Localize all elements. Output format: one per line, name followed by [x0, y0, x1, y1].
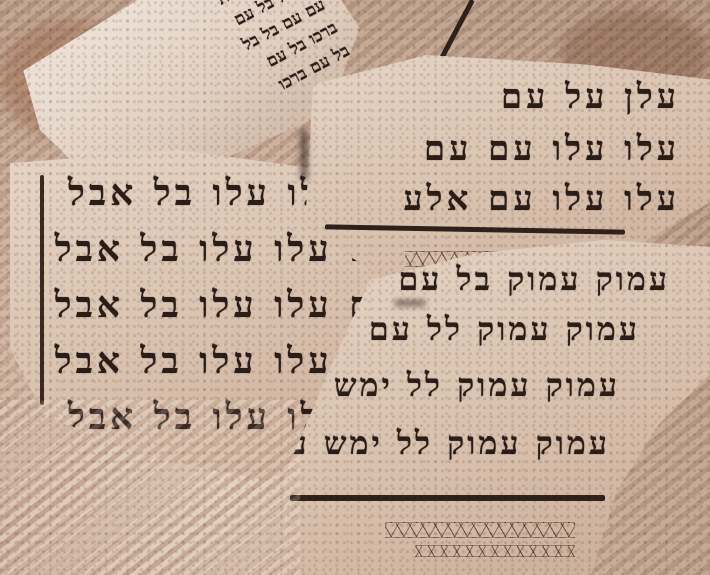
margin-line [40, 175, 44, 405]
script-row: עם עלו עלו בל אבל [55, 284, 400, 326]
script-row: עמוק עמוק לל ימש עלבע [285, 424, 610, 462]
script-row: עלו עלו עם אלע [403, 179, 680, 219]
rule-line [325, 224, 625, 234]
decorative-border [385, 522, 575, 538]
script-row: עמוק עמוק לל ימש [334, 366, 620, 404]
script-row: עלו עלו עם עם [424, 129, 680, 169]
manuscript-photo: ברכו ברכו את בל בל בל עם עם עם בל בל ברכ… [0, 0, 710, 575]
script-row: עלן על עם [501, 77, 680, 117]
script-row: עמוק עמוק לל עם [369, 310, 640, 348]
wood-surface [0, 400, 300, 575]
tear-shadow [395, 300, 425, 306]
rule-line [290, 495, 605, 501]
decorative-border [415, 545, 575, 557]
script-row: עמוק עמוק בל עם [398, 260, 670, 298]
tear-shadow [300, 130, 308, 180]
